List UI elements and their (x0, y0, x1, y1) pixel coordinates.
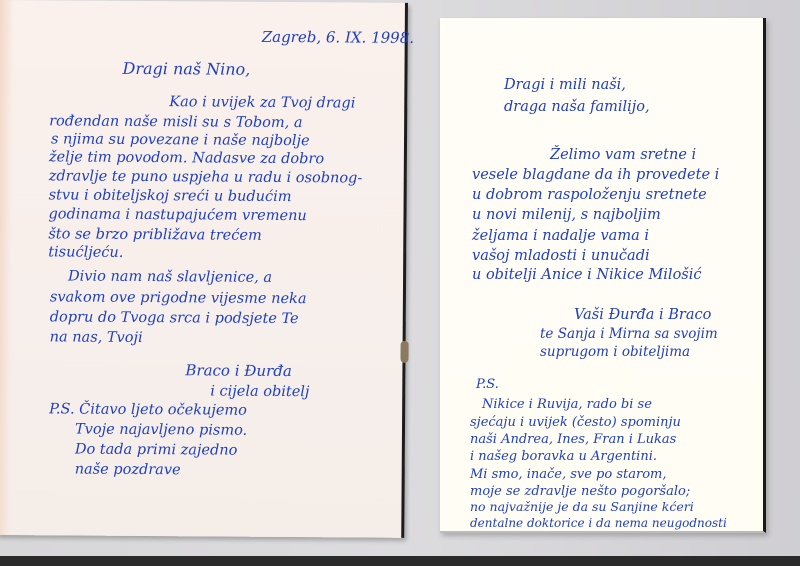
letter-salutation: draga naša familijo, (504, 100, 650, 115)
right-letter-card: Dragi i mili naši, draga naša familijo, … (440, 18, 766, 533)
body-line: Želimo vam sretne i (550, 148, 696, 163)
body-line: s njima su povezane i naše najbolje (51, 132, 310, 148)
postscript-line: Tvoje najavljeno pismo. (75, 423, 247, 439)
body-line: što se brzo približava trećem (48, 227, 261, 243)
left-letter-card: Zagreb, 6. IX. 1998. Dragi naš Nino, Kao… (0, 0, 408, 538)
postscript-line: naše pozdrave (75, 463, 181, 478)
letter-date: Zagreb, 6. IX. 1998. (262, 30, 414, 46)
body-line: željama i nadalje vama i (472, 229, 649, 244)
postscript-line: naši Andrea, Ines, Fran i Lukas (470, 433, 676, 446)
signature-line: Vaši Đurđa i Braco (574, 308, 711, 323)
body-line: u dobrom raspoloženju sretnete (472, 188, 707, 203)
postscript-line: moje se zdravlje nešto pogoršalo; (470, 485, 690, 498)
body-line: stvu i obiteljskoj sreći u budućim (49, 188, 292, 204)
letter-salutation: Dragi naš Nino, (122, 61, 250, 78)
body-line: dopru do Tvoga srca i podsjete Te (50, 310, 299, 326)
postscript-line: i našeg boravka u Argentini. (470, 450, 657, 463)
postscript-line: P.S. Čitavo ljeto očekujemo (49, 402, 247, 418)
postscript-line: Do tada primi zajedno (75, 443, 238, 459)
postscript-line: Mi smo, inače, sve po starom, (470, 468, 666, 481)
letter-salutation: Dragi i mili naši, (504, 78, 626, 93)
signature-line: te Sanja i Mirna sa svojim (540, 328, 718, 342)
body-line: tisućljeću. (48, 245, 123, 260)
body-line: u novi milenij, s najboljim (472, 208, 661, 223)
body-line: želje tim povodom. Nadasve za dobro (49, 150, 324, 166)
body-line: rođendan naše misli su s Tobom, a (49, 114, 303, 130)
signature-line: suprugom i obiteljima (540, 346, 690, 360)
body-line: na nas, Tvoji (50, 330, 143, 345)
body-line: Kao i uvijek za Tvoj dragi (169, 95, 355, 111)
postscript-line: Nikice i Ruvija, rado bi se (482, 398, 652, 411)
signature-line: i cijela obitelj (210, 384, 309, 399)
card-fold-notch (400, 341, 408, 363)
body-line: Divio nam naš slavljenice, a (68, 269, 272, 285)
body-line: vesele blagdane da ih provedete i (472, 168, 719, 183)
body-line: svakom ove prigodne vijesme neka (50, 290, 307, 306)
postscript-line: no najvažnije je da su Sanjine kćeri (470, 501, 694, 514)
body-line: vašoj mladosti i unučadi (472, 249, 650, 264)
signature-line: Braco i Đurđa (185, 363, 291, 379)
body-line: godinama i nastupajućem vremenu (48, 207, 306, 223)
postscript-line: sjećaju i uvijek (često) spominju (470, 416, 681, 429)
scanner-edge (0, 556, 800, 566)
body-line: u obitelji Anice i Nikice Milošić (472, 268, 702, 283)
postscript-line: dentalne doktorice i da nema neugodnosti (470, 517, 727, 529)
body-line: zdravlje te puno uspjeha u radu i osobno… (49, 169, 363, 186)
postscript-label: P.S. (476, 378, 499, 391)
